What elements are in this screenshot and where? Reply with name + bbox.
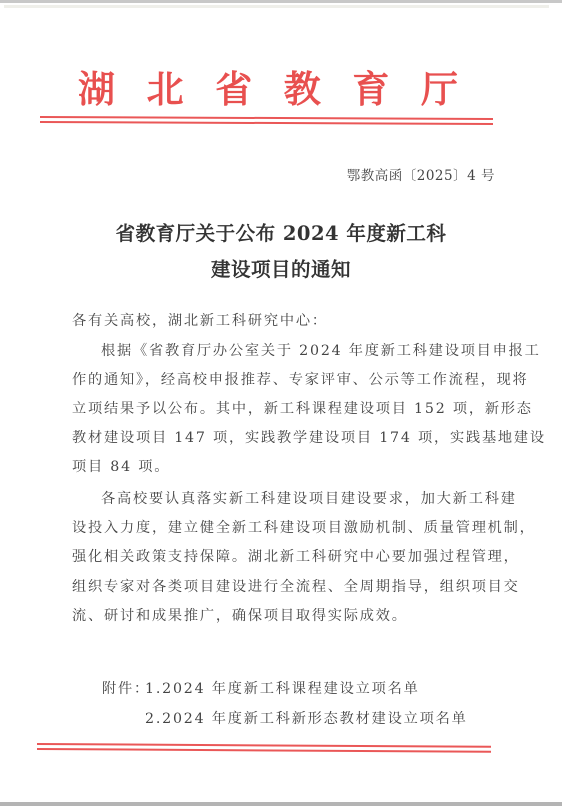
footer-rule-bottom [37,748,491,753]
masthead-char: 湖 [78,66,115,112]
paragraph-line: 教材建设项目 147 项，实践教学建设项目 174 项，实践基地建设 [72,427,546,447]
paragraph-line: 流、研讨和成果推广，确保项目取得实际成效。 [72,605,408,625]
document-number: 鄂教高函〔2025〕4 号 [330,164,495,184]
masthead-rule-bottom [40,121,493,125]
paragraph-line: 项目 84 项。 [72,456,170,476]
paragraph-line: 各高校要认真落实新工科建设项目建设要求，加大新工科建 [101,488,517,508]
paragraph-line: 立项结果予以公布。其中，新工科课程建设项目 152 项，新形态 [72,398,533,418]
paragraph-line: 组织专家对各类项目建设进行全流程、全周期指导，组织项目交 [72,576,520,596]
footer-rule-top [37,743,491,748]
paragraph-line: 强化相关政策支持保障。湖北新工科研究中心要加强过程管理， [72,546,520,566]
masthead-title: 湖 北 省 教 育 厅 [78,66,458,112]
masthead-char: 教 [284,66,321,112]
masthead-char: 北 [147,66,184,112]
paragraph-line: 根据《省教育厅办公室关于 2024 年度新工科建设项目申报工 [101,340,541,360]
attachments-label: 附件： [102,678,150,698]
masthead-char: 厅 [421,66,458,112]
document-title-line2: 建设项目的通知 [0,254,562,282]
masthead-char: 省 [215,66,252,112]
masthead-char: 育 [352,66,389,112]
scan-bottom-edge [0,802,562,806]
masthead-rule-top [40,116,493,120]
document-title-line1: 省教育厅关于公布 2024 年度新工科 [0,218,562,246]
paragraph-line: 作的通知》，经高校申报推荐、专家评审、公示等工作流程，现将 [72,369,529,389]
scan-top-edge [0,0,562,3]
attachment-item: 2.2024 年度新工科新形态教材建设立项名单 [145,708,468,728]
salutation: 各有关高校，湖北新工科研究中心： [72,310,328,330]
paragraph-line: 设投入力度，建立健全新工科建设项目激励机制、质量管理机制， [72,517,536,537]
scan-top-shadow [4,5,549,8]
attachment-item: 1.2024 年度新工科课程建设立项名单 [145,678,420,698]
